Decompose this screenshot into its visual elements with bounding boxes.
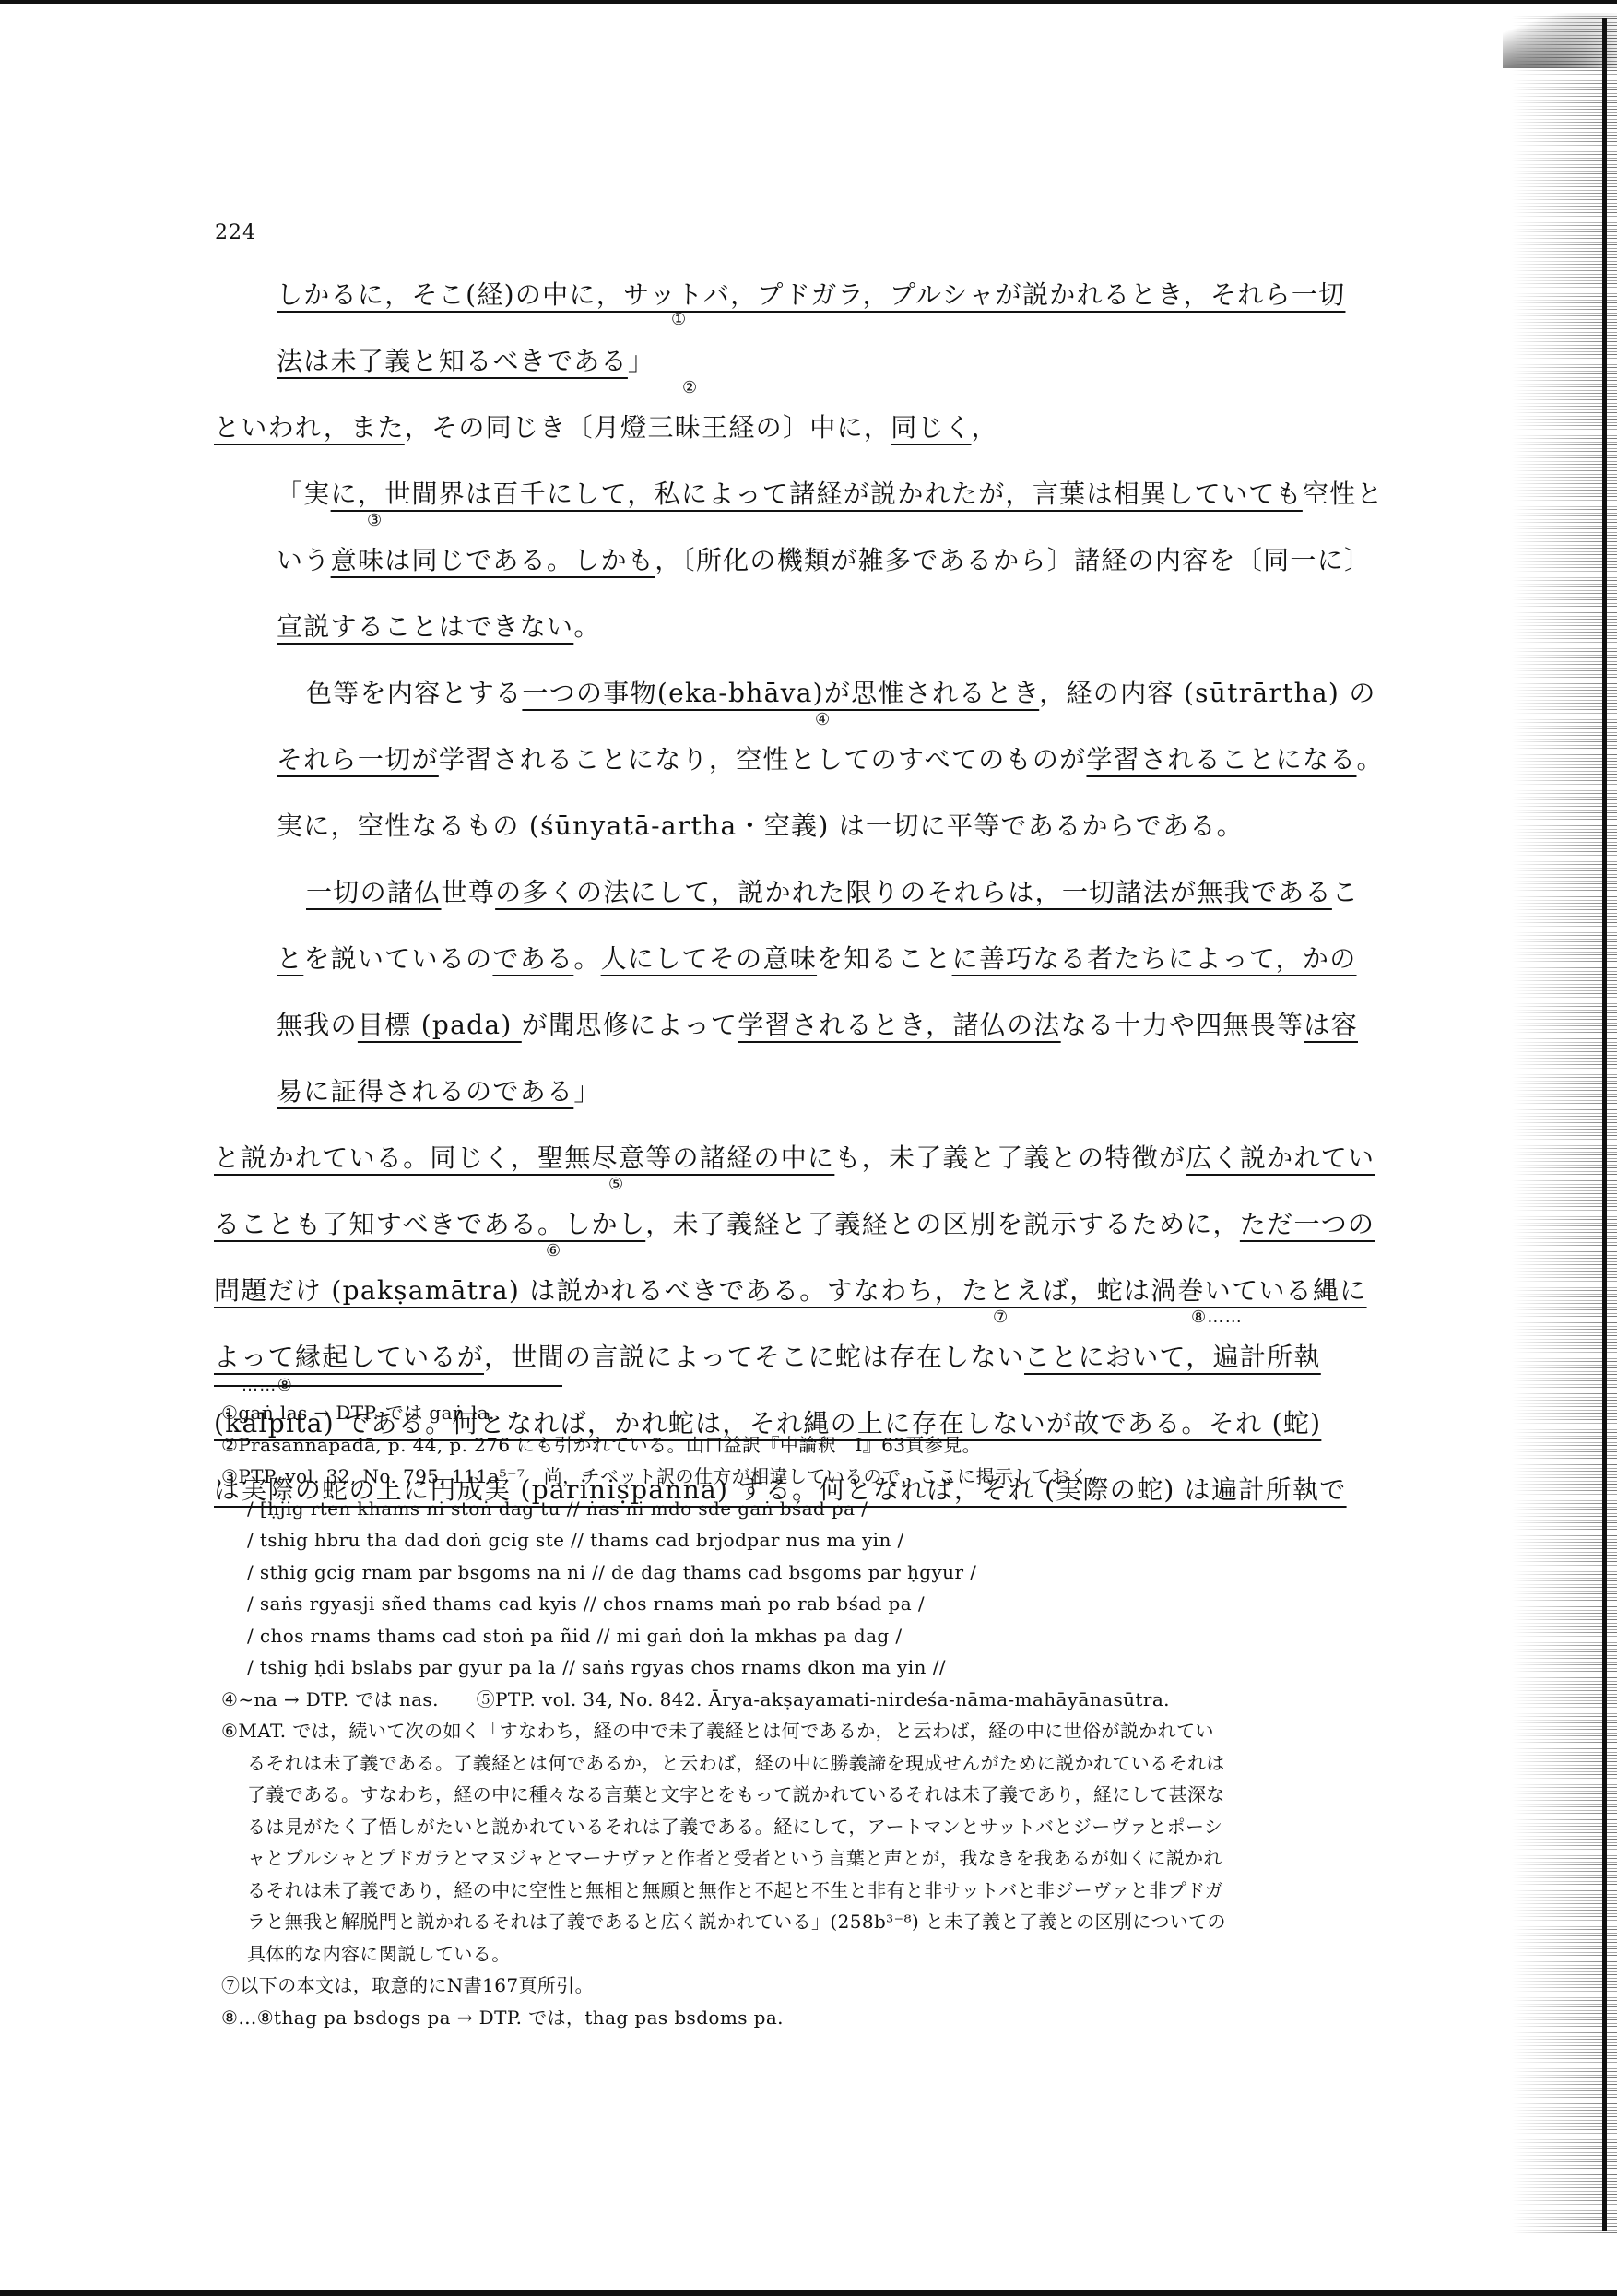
footnote-marker: ⑦ [993, 1309, 1009, 1326]
footnote-continuation: るは見がたく了悟しがたいと説かれているそれは了義である。経にして，アートマンとサ… [221, 1811, 1438, 1843]
text-line: 実に，空性なるもの (śūnyatā-artha・空義) は一切に平等であるから… [214, 799, 1431, 865]
text-segment: ，未了義経と了義経との区別を説示するために， [645, 1209, 1240, 1239]
footnote-continuation: / tshig hbru tha dad doṅ gcig ste // tha… [221, 1524, 1438, 1556]
underlined-segment: 一つの事物(eka-bhāva)が思惟されるとき [522, 678, 1039, 708]
text-line: それら一切が学習されることになり，空性としてのすべてのものが学習されることになる… [214, 732, 1431, 799]
footnote-continuation: ラと無我と解脱門と説かれるそれは了義であると広く説かれている」(258b³⁻⁸)… [221, 1906, 1438, 1938]
scan-border-bottom [0, 2290, 1617, 2296]
text-segment: が聞思修によって [522, 1010, 738, 1040]
text-segment: ，〔所化の機類が雑多であるから〕諸経の内容を〔同一に〕 [655, 545, 1371, 575]
text-line: 問題だけ (pakṣamātra) は説かれるべきである。すなわち，たとえば，蛇… [214, 1263, 1431, 1330]
text-segment: 「実 [277, 479, 331, 509]
footnote: ⑧…⑧thag pa bsdogs pa → DTP. では，thag pas … [221, 2002, 1438, 2034]
underlined-segment: 広く説かれてい [1186, 1142, 1375, 1173]
footnote: ⑥MAT. では，続いて次の如く「すなわち，経の中で未了義経とは何であるか，と云… [221, 1715, 1438, 1747]
scan-border-top [0, 0, 1617, 4]
text-line: と説かれている。同じく，聖無尽意等の諸経の中にも，未了義と了義との特徴が広く説か… [214, 1130, 1431, 1197]
underlined-segment: 問題だけ (pakṣamātra) は説かれるべきである。すなわち，たとえば，蛇… [214, 1275, 1367, 1306]
text-segment: も，未了義と了義との特徴が [834, 1142, 1186, 1173]
footnote-continuation: るそれは未了義であり，経の中に空性と無相と無願と無作と不起と不生と非有と非サット… [221, 1875, 1438, 1907]
text-line: しかるに，そこ(経)の中に，サットバ，プドガラ，プルシャが説かれるとき，それら一… [214, 267, 1431, 334]
text-line: 無我の目標 (pada) が聞思修によって学習されるとき，諸仏の法なる十力や四無… [214, 998, 1431, 1064]
underlined-segment: よって縁起しているが [214, 1342, 484, 1372]
underlined-segment: ることも了知すべきである。しかし [214, 1209, 645, 1239]
text-segment: ，その同じき〔月燈三昧王経の〕中に， [405, 412, 891, 443]
text-segment: ，世間の言説によってそこに蛇は存在しない [484, 1342, 1024, 1372]
footnote-marker: ③ [367, 513, 383, 529]
text-segment: なる十力や四無畏等 [1061, 1010, 1304, 1040]
footnote-marker: ⑤ [608, 1177, 624, 1193]
footnote-marker: ④ [815, 712, 831, 728]
text-line: 「実に，世間界は百千にして，私によって諸経が説かれたが，言葉は相異していても空性… [214, 467, 1431, 533]
text-segment: 。 [573, 943, 600, 974]
scan-gutter-shadow [1512, 13, 1617, 2235]
underlined-segment: といわれ，また [214, 412, 405, 443]
underlined-segment: である [492, 943, 573, 974]
text-line: 色等を内容とする一つの事物(eka-bhāva)が思惟されるとき，経の内容 (s… [214, 666, 1431, 732]
footnote-continuation: 了義である。すなわち，経の中に種々なる言葉と文字とをもって説かれているそれは未了… [221, 1779, 1438, 1811]
underlined-segment: と [277, 943, 303, 974]
underlined-segment: 意味は同じである。しかも [331, 545, 655, 575]
underlined-segment: 学習されるとき，諸仏の法 [738, 1010, 1060, 1040]
underlined-segment: しかるに，そこ(経)の中に，サットバ，プドガラ，プルシャが説かれるとき，それら一… [277, 279, 1345, 310]
footnote: ③PTP. vol. 32, No. 795, 111a⁵⁻⁷ 尚，チベット訳の… [221, 1461, 1438, 1493]
underlined-segment: 易に証得されるのである [277, 1076, 573, 1107]
underlined-segment: と説かれている。同じく，聖無尽意等の諸経の中に [214, 1142, 834, 1173]
footnote-continuation: / chos rnams thams cad stoṅ pa ñid // mi… [221, 1620, 1438, 1652]
text-segment: ，経の内容 (sūtrārtha) の [1039, 678, 1375, 708]
underlined-segment: ことにおいて，遍計所執 [1024, 1342, 1321, 1372]
text-line: 易に証得されるのである」 [214, 1064, 1431, 1130]
page-number: 224 [215, 221, 256, 244]
footnote-marker: ⑥ [546, 1243, 561, 1260]
text-segment: を知ること [817, 943, 952, 974]
underlined-segment: に，世間界は百千にして，私によって諸経が説かれたが，言葉は相異していても [331, 479, 1303, 509]
footnote-continuation: 具体的な内容に関説している。 [221, 1938, 1438, 1971]
footnote-marker: ② [682, 380, 698, 396]
footnote-marker: ① [671, 312, 687, 328]
text-segment: 世尊 [442, 877, 496, 907]
text-line: といわれ，また，その同じき〔月燈三昧王経の〕中に，同じく， [214, 400, 1431, 467]
footnote: ④~na → DTP. では nas. ⑤PTP. vol. 34, No. 8… [221, 1684, 1438, 1716]
text-segment: 無我の [277, 1010, 358, 1040]
footnotes: ①gaṅ las → DTP. では gaṅ la.②Prasannapadā,… [221, 1397, 1438, 2033]
footnote-continuation: / saṅs rgyasji sñed thams cad kyis // ch… [221, 1588, 1438, 1620]
underlined-segment: の多くの法にして，説かれた限りのそれらは，一切諸法が無我である [495, 877, 1332, 907]
text-segment: 」 [573, 1076, 600, 1107]
text-line: 法は未了義と知るべきである」② [214, 334, 1431, 400]
footnote: ⑦以下の本文は，取意的にN書167頁所引。 [221, 1970, 1438, 2002]
text-line: いう意味は同じである。しかも，〔所化の機類が雑多であるから〕諸経の内容を〔同一に… [214, 533, 1431, 599]
text-segment: 。 [1356, 744, 1383, 775]
text-segment: 学習されることになり，空性としてのすべてのものが [439, 744, 1087, 775]
underlined-segment: 目標 (pada) [358, 1010, 522, 1040]
main-text: しかるに，そこ(経)の中に，サットバ，プドガラ，プルシャが説かれるとき，それら一… [214, 267, 1431, 1529]
text-line: 一切の諸仏世尊の多くの法にして，説かれた限りのそれらは，一切諸法が無我であるこ [214, 865, 1431, 931]
underlined-segment: 同じく [891, 412, 971, 443]
text-line: とを説いているのである。人にしてその意味を知ることに善巧なる者たちによって，かの [214, 931, 1431, 998]
footnote: ②Prasannapadā, p. 44, p. 276 にも引かれている。山口… [221, 1429, 1438, 1462]
scan-gutter-edge [1602, 18, 1607, 2231]
underlined-segment: に善巧なる者たちによって，かの [952, 943, 1357, 974]
text-segment: 」 [628, 346, 655, 376]
underlined-segment: ただ一つの [1240, 1209, 1375, 1239]
text-segment: いう [277, 545, 331, 575]
footnote-continuation: / tshig ḥdi bslabs par gyur pa la // saṅ… [221, 1651, 1438, 1684]
underlined-segment: それら一切が [277, 744, 439, 775]
footnote-divider [214, 1385, 562, 1387]
text-segment: ， [972, 412, 998, 443]
text-line: ることも了知すべきである。しかし，未了義経と了義経との区別を説示するために，ただ… [214, 1197, 1431, 1263]
text-line: 宣説することはできない。 [214, 599, 1431, 666]
footnote: ①gaṅ las → DTP. では gaṅ la. [221, 1397, 1438, 1429]
underlined-segment: 人にしてその意味 [601, 943, 817, 974]
footnote-continuation: るそれは未了義である。了義経とは何であるか，と云わば，経の中に勝義諦を現成せんが… [221, 1747, 1438, 1780]
text-segment: を説いているの [303, 943, 492, 974]
underlined-segment: 宣説することはできない [277, 611, 573, 642]
text-segment: 色等を内容とする [306, 678, 522, 708]
underlined-segment: 法は未了義と知るべきである [277, 346, 628, 376]
footnote-continuation: ャとプルシャとプドガラとマヌジャとマーナヴァと作者と受者という言葉と声とが，我な… [221, 1842, 1438, 1875]
text-segment: こ [1332, 877, 1359, 907]
text-segment: 空性と [1303, 479, 1384, 509]
underlined-segment: 学習されることになる [1086, 744, 1356, 775]
footnote-marker: ⑧…… [1191, 1309, 1243, 1326]
footnote-continuation: / sthig gcig rnam par bsgoms na ni // de… [221, 1556, 1438, 1589]
underlined-segment: 一切の諸仏 [306, 877, 442, 907]
footnote-continuation: / [ḥjig rten khams ni stoṅ dag tu // ṅas… [221, 1493, 1438, 1525]
text-segment: 。 [573, 611, 600, 642]
underlined-segment: は容 [1304, 1010, 1358, 1040]
text-segment: 実に，空性なるもの (śūnyatā-artha・空義) は一切に平等であるから… [277, 811, 1244, 841]
